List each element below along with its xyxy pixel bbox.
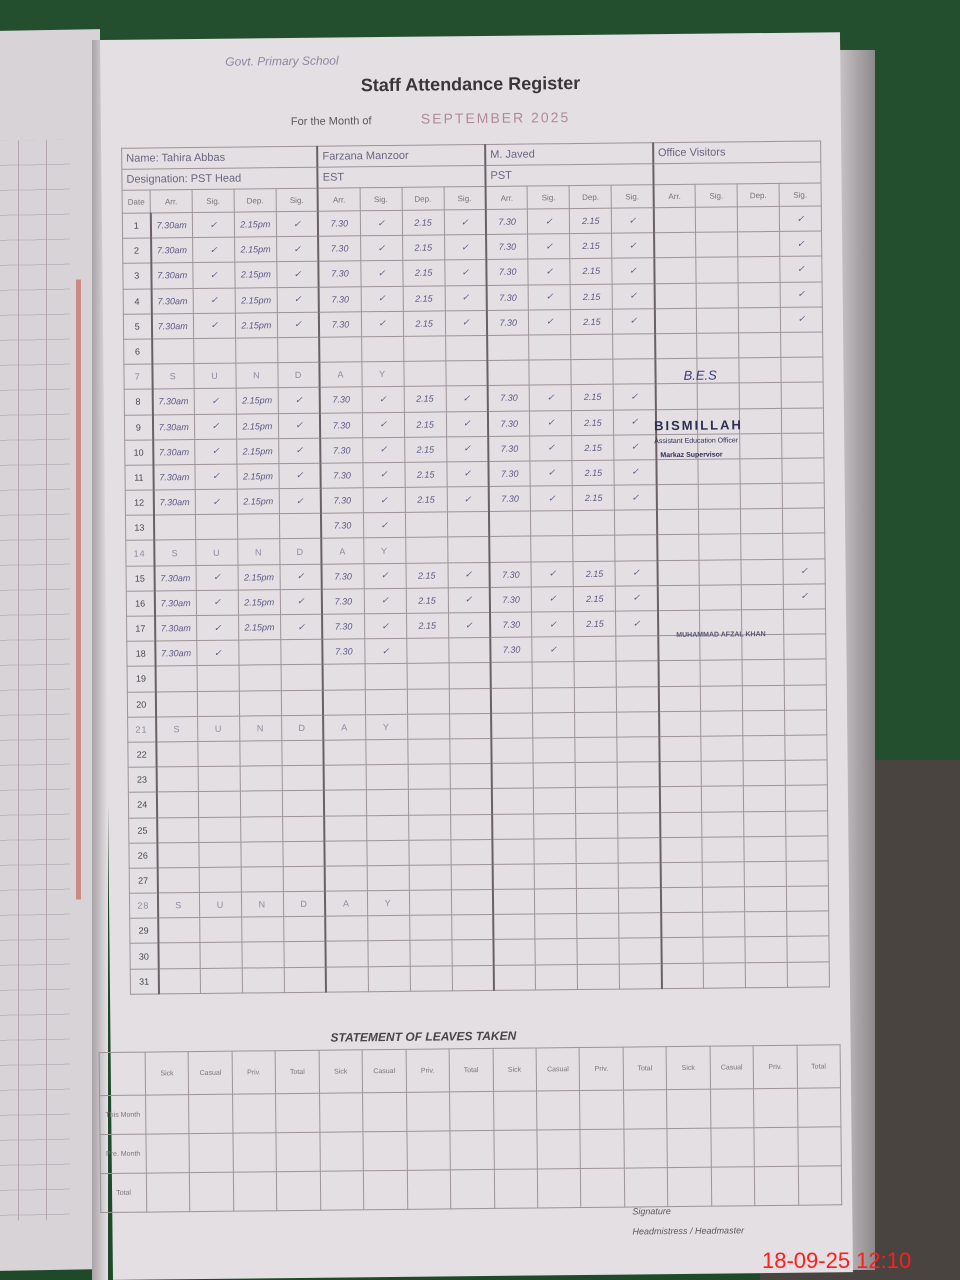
attendance-cell: 2.15 <box>404 386 446 412</box>
attendance-cell <box>657 535 699 561</box>
header-arrival: Arr. <box>653 184 695 207</box>
attendance-cell <box>613 359 655 385</box>
attendance-cell <box>409 865 451 891</box>
attendance-cell: ✓ <box>612 208 654 234</box>
attendance-cell <box>198 741 240 767</box>
date-cell: 27 <box>129 868 157 893</box>
attendance-cell <box>701 761 743 787</box>
attendance-cell: 2.15pm <box>235 287 277 313</box>
attendance-cell <box>741 509 783 535</box>
attendance-cell: 7.30 <box>486 209 528 235</box>
attendance-cell <box>445 361 487 387</box>
attendance-cell <box>200 917 242 943</box>
attendance-cell <box>739 383 781 409</box>
attendance-cell <box>410 965 452 991</box>
attendance-cell <box>619 888 661 914</box>
attendance-cell: ✓ <box>280 589 322 615</box>
attendance-cell: ✓ <box>613 384 655 410</box>
leaves-cell <box>710 1089 754 1128</box>
attendance-cell <box>409 915 451 941</box>
attendance-cell <box>409 890 451 916</box>
page-title: Staff Attendance Register <box>270 72 670 97</box>
leaves-cell <box>537 1130 581 1169</box>
attendance-cell <box>532 662 574 688</box>
attendance-cell: ✓ <box>530 435 572 461</box>
attendance-cell <box>661 887 703 913</box>
attendance-cell <box>575 712 617 738</box>
attendance-cell <box>277 337 319 363</box>
attendance-cell <box>452 965 494 991</box>
attendance-cell <box>656 459 698 485</box>
previous-page-line <box>18 141 19 1221</box>
attendance-cell <box>535 889 577 915</box>
attendance-cell <box>574 662 616 688</box>
attendance-cell <box>702 786 744 812</box>
attendance-table: Name: Tahira Abbas Farzana Manzoor M. Ja… <box>121 140 830 994</box>
attendance-cell: 7.30 <box>487 285 529 311</box>
leaves-header: Casual <box>189 1051 233 1094</box>
attendance-cell <box>241 816 283 842</box>
attendance-cell <box>742 660 784 686</box>
attendance-cell <box>699 534 741 560</box>
attendance-cell <box>615 510 657 536</box>
attendance-cell: ✓ <box>364 639 406 665</box>
leaves-cell <box>190 1172 234 1211</box>
leaves-cell <box>580 1129 624 1168</box>
attendance-cell <box>324 815 366 841</box>
attendance-cell: 2.15 <box>406 563 448 589</box>
date-cell: 24 <box>128 792 156 817</box>
leaves-cell <box>189 1133 233 1172</box>
staff-name: M. Javed <box>485 143 653 166</box>
attendance-cell: 7.30am <box>152 414 194 440</box>
attendance-cell <box>703 962 745 988</box>
leaves-cell <box>754 1088 798 1127</box>
attendance-cell: Y <box>367 890 409 916</box>
staff-designation: Designation: PST Head <box>122 167 318 190</box>
attendance-cell <box>407 739 449 765</box>
leaves-cell <box>624 1129 668 1168</box>
attendance-cell <box>660 787 702 813</box>
attendance-cell <box>783 508 825 534</box>
attendance-cell: 7.30 <box>320 387 362 413</box>
attendance-cell: ✓ <box>361 286 403 312</box>
attendance-cell <box>697 308 739 334</box>
attendance-cell: 2.15pm <box>236 388 278 414</box>
attendance-cell <box>745 912 787 938</box>
attendance-cell <box>654 232 696 258</box>
attendance-cell <box>408 764 450 790</box>
attendance-cell <box>279 513 321 539</box>
attendance-cell <box>155 691 197 717</box>
attendance-cell <box>240 741 282 767</box>
attendance-cell <box>782 458 824 484</box>
date-cell: 5 <box>123 314 151 339</box>
attendance-cell <box>576 838 618 864</box>
header-arrival: Arr. <box>150 190 192 213</box>
leaves-cell <box>493 1091 537 1130</box>
attendance-cell <box>655 333 697 359</box>
attendance-cell: 2.15 <box>404 437 446 463</box>
attendance-cell: ✓ <box>194 388 236 414</box>
attendance-cell <box>200 968 242 994</box>
attendance-cell <box>367 865 409 891</box>
attendance-cell <box>491 688 533 714</box>
attendance-cell <box>283 866 325 892</box>
attendance-cell: 2.15 <box>403 311 445 337</box>
date-cell: 22 <box>128 742 156 767</box>
staff-name: Farzana Manzoor <box>317 144 485 167</box>
leaves-header: Priv. <box>753 1045 797 1088</box>
attendance-cell <box>703 937 745 963</box>
leaves-cell <box>233 1133 277 1172</box>
attendance-cell: 2.15pm <box>237 489 279 515</box>
attendance-cell: 7.30am <box>150 213 192 239</box>
attendance-cell <box>197 691 239 717</box>
leaves-row-label: This Month <box>100 1095 146 1134</box>
date-cell: 28 <box>129 893 157 918</box>
attendance-cell: 7.30 <box>488 461 530 487</box>
attendance-cell <box>487 360 529 386</box>
attendance-cell: 2.15 <box>572 384 614 410</box>
attendance-cell <box>743 786 785 812</box>
attendance-cell <box>781 332 823 358</box>
attendance-cell <box>656 484 698 510</box>
attendance-cell <box>493 864 535 890</box>
attendance-cell <box>368 966 410 992</box>
header-signature: Sig. <box>360 187 402 210</box>
attendance-cell: A <box>320 362 362 388</box>
leaves-cell <box>623 1090 667 1129</box>
attendance-cell: 7.30 <box>488 436 530 462</box>
attendance-cell <box>491 662 533 688</box>
attendance-cell <box>237 514 279 540</box>
attendance-cell <box>367 916 409 942</box>
leaves-header: Total <box>449 1048 493 1091</box>
attendance-cell: 7.30 <box>318 236 360 262</box>
attendance-cell: ✓ <box>530 410 572 436</box>
attendance-cell <box>492 763 534 789</box>
attendance-cell <box>781 407 823 433</box>
attendance-cell <box>655 384 697 410</box>
attendance-cell <box>618 837 660 863</box>
attendance-cell: ✓ <box>363 487 405 513</box>
leaves-cell <box>667 1089 711 1128</box>
attendance-cell: ✓ <box>279 463 321 489</box>
attendance-cell <box>449 738 491 764</box>
attendance-cell: 2.15pm <box>234 237 276 263</box>
officer-stamp-line: Markaz Supervisor <box>660 452 722 460</box>
attendance-cell: 2.15 <box>402 235 444 261</box>
header-signature: Sig. <box>695 184 737 207</box>
attendance-cell <box>406 638 448 664</box>
attendance-cell <box>242 942 284 968</box>
previous-page <box>0 29 100 1271</box>
attendance-cell: ✓ <box>614 434 656 460</box>
attendance-cell <box>787 962 829 988</box>
attendance-cell: 7.30 <box>320 437 362 463</box>
attendance-cell <box>701 711 743 737</box>
attendance-cell <box>617 686 659 712</box>
leaves-header: Sick <box>666 1046 710 1089</box>
second-stamp: MUHAMMAD AFZAL KHAN <box>676 631 766 639</box>
staff-designation: EST <box>318 165 486 188</box>
attendance-cell <box>654 283 696 309</box>
attendance-cell <box>695 207 737 233</box>
attendance-cell <box>323 689 365 715</box>
header-signature: Sig. <box>192 189 234 212</box>
attendance-cell: A <box>325 891 367 917</box>
attendance-cell: 2.15 <box>405 462 447 488</box>
attendance-cell <box>487 335 529 361</box>
leaves-header: Total <box>275 1050 319 1093</box>
attendance-cell <box>403 336 445 362</box>
attendance-cell <box>239 640 281 666</box>
date-cell: 31 <box>130 969 158 994</box>
attendance-cell <box>198 791 240 817</box>
leaves-header: Sick <box>493 1048 537 1091</box>
attendance-cell: ✓ <box>193 237 235 263</box>
leaves-cell <box>319 1093 363 1132</box>
attendance-cell: ✓ <box>360 236 402 262</box>
header-date: Date <box>122 190 150 213</box>
attendance-cell: ✓ <box>528 234 570 260</box>
attendance-cell <box>782 483 824 509</box>
attendance-cell: ✓ <box>278 438 320 464</box>
attendance-cell <box>577 939 619 965</box>
attendance-cell: ✓ <box>196 615 238 641</box>
header-signature: Sig. <box>611 185 653 208</box>
attendance-cell: ✓ <box>445 310 487 336</box>
attendance-cell <box>319 337 361 363</box>
header-arrival: Arr. <box>486 186 528 209</box>
attendance-cell <box>239 665 281 691</box>
attendance-cell <box>743 710 785 736</box>
attendance-cell <box>493 889 535 915</box>
header-signature: Sig. <box>527 186 569 209</box>
staff-name: Name: Tahira Abbas <box>122 146 318 169</box>
attendance-cell <box>493 914 535 940</box>
attendance-cell: S <box>157 893 199 919</box>
attendance-cell: A <box>323 715 365 741</box>
attendance-cell <box>282 740 324 766</box>
attendance-cell <box>404 361 446 387</box>
attendance-cell <box>744 861 786 887</box>
attendance-cell: ✓ <box>193 288 235 314</box>
attendance-cell <box>698 484 740 510</box>
attendance-cell: ✓ <box>447 487 489 513</box>
attendance-cell <box>744 836 786 862</box>
attendance-cell: 7.30am <box>152 389 194 415</box>
attendance-cell: U <box>194 363 236 389</box>
attendance-cell <box>533 687 575 713</box>
attendance-cell: 2.15 <box>571 309 613 335</box>
attendance-cell <box>449 663 491 689</box>
attendance-cell: ✓ <box>530 460 572 486</box>
attendance-cell: 7.30 <box>489 486 531 512</box>
attendance-cell <box>451 915 493 941</box>
header-signature: Sig. <box>779 183 821 206</box>
attendance-cell: 2.15 <box>572 460 614 486</box>
attendance-cell <box>410 940 452 966</box>
attendance-cell: 7.30 <box>322 563 364 589</box>
leaves-header: Sick <box>145 1052 189 1095</box>
attendance-cell <box>366 815 408 841</box>
date-cell: 19 <box>127 666 155 691</box>
attendance-cell <box>155 666 197 692</box>
attendance-cell: ✓ <box>783 584 825 610</box>
attendance-cell: ✓ <box>446 436 488 462</box>
attendance-cell <box>153 515 195 541</box>
attendance-cell <box>366 739 408 765</box>
attendance-cell <box>447 537 489 563</box>
signature-role: Headmistress / Headmaster <box>632 1225 744 1236</box>
attendance-cell <box>282 765 324 791</box>
attendance-cell <box>409 840 451 866</box>
attendance-cell <box>787 911 829 937</box>
attendance-cell <box>451 889 493 915</box>
attendance-cell <box>489 536 531 562</box>
attendance-cell <box>281 665 323 691</box>
attendance-cell <box>745 886 787 912</box>
attendance-cell <box>533 737 575 763</box>
date-cell: 16 <box>126 591 154 616</box>
attendance-cell: 2.15pm <box>236 413 278 439</box>
leaves-header: Priv. <box>232 1051 276 1094</box>
attendance-cell <box>738 307 780 333</box>
attendance-cell <box>785 760 827 786</box>
date-cell: 17 <box>127 616 155 641</box>
attendance-cell <box>281 639 323 665</box>
header-departure: Dep. <box>569 185 611 208</box>
attendance-cell <box>738 232 780 258</box>
attendance-cell <box>782 433 824 459</box>
attendance-cell <box>449 713 491 739</box>
attendance-cell <box>449 688 491 714</box>
attendance-cell <box>241 841 283 867</box>
attendance-cell <box>700 660 742 686</box>
attendance-cell: ✓ <box>780 282 822 308</box>
attendance-cell: ✓ <box>529 309 571 335</box>
attendance-cell: N <box>236 363 278 389</box>
attendance-cell <box>781 357 823 383</box>
leaves-cell <box>493 1130 537 1169</box>
attendance-cell: 7.30 <box>488 385 530 411</box>
attendance-cell <box>659 736 701 762</box>
attendance-cell: ✓ <box>780 307 822 333</box>
attendance-cell <box>445 335 487 361</box>
month-label: For the Month of <box>291 115 372 128</box>
attendance-cell: N <box>238 539 280 565</box>
attendance-cell: ✓ <box>363 513 405 539</box>
attendance-cell: ✓ <box>612 283 654 309</box>
attendance-cell: Y <box>363 538 405 564</box>
handwritten-header: Govt. Primary School <box>225 54 339 69</box>
attendance-cell: 7.30am <box>151 313 193 339</box>
attendance-cell: ✓ <box>192 212 234 238</box>
attendance-cell <box>366 790 408 816</box>
attendance-cell: ✓ <box>277 262 319 288</box>
attendance-cell <box>493 939 535 965</box>
leaves-header-row: SickCasualPriv.TotalSickCasualPriv.Total… <box>99 1045 840 1096</box>
attendance-cell <box>740 408 782 434</box>
officer-stamp-line: Assistant Education Officer <box>654 437 738 445</box>
attendance-cell: 2.15 <box>570 284 612 310</box>
attendance-cell <box>324 765 366 791</box>
attendance-cell <box>239 690 281 716</box>
attendance-cell <box>152 338 194 364</box>
attendance-cell <box>659 711 701 737</box>
attendance-cell <box>492 813 534 839</box>
attendance-cell <box>195 514 237 540</box>
attendance-cell: 2.15pm <box>235 262 277 288</box>
attendance-cell <box>157 867 199 893</box>
attendance-cell <box>407 688 449 714</box>
attendance-cell <box>617 737 659 763</box>
attendance-cell: ✓ <box>780 231 822 257</box>
attendance-cell <box>613 334 655 360</box>
leaves-cell <box>363 1092 407 1131</box>
leaves-cell <box>232 1094 276 1133</box>
attendance-cell <box>284 942 326 968</box>
attendance-cell <box>242 967 284 993</box>
attendance-cell <box>737 206 779 232</box>
attendance-cell: ✓ <box>276 236 318 262</box>
attendance-cell: 7.30am <box>151 263 193 289</box>
attendance-cell: U <box>198 716 240 742</box>
attendance-cell <box>696 232 738 258</box>
attendance-cell: ✓ <box>530 385 572 411</box>
attendance-cell: S <box>152 364 194 390</box>
attendance-cell: ✓ <box>448 612 490 638</box>
attendance-cell: ✓ <box>193 262 235 288</box>
leaves-cell <box>146 1095 190 1134</box>
attendance-cell: 7.30am <box>153 464 195 490</box>
attendance-cell <box>740 433 782 459</box>
leaves-cell <box>754 1166 798 1205</box>
attendance-cell: ✓ <box>615 485 657 511</box>
leaves-cell <box>580 1090 624 1129</box>
attendance-cell <box>702 862 744 888</box>
attendance-cell: ✓ <box>276 211 318 237</box>
attendance-cell: 2.15pm <box>238 615 280 641</box>
attendance-cell <box>657 560 699 586</box>
attendance-cell <box>657 585 699 611</box>
attendance-cell: A <box>321 538 363 564</box>
attendance-cell <box>618 812 660 838</box>
attendance-cell <box>282 791 324 817</box>
attendance-cell <box>489 511 531 537</box>
attendance-cell: ✓ <box>364 613 406 639</box>
attendance-cell: ✓ <box>195 439 237 465</box>
attendance-cell <box>529 360 571 386</box>
attendance-cell: ✓ <box>362 437 404 463</box>
attendance-cell <box>451 864 493 890</box>
attendance-cell <box>324 740 366 766</box>
leaves-cell <box>754 1127 798 1166</box>
header-signature: Sig. <box>444 186 486 209</box>
attendance-cell <box>620 963 662 989</box>
attendance-cell <box>744 811 786 837</box>
attendance-cell <box>199 842 241 868</box>
attendance-cell: 7.30 <box>490 637 532 663</box>
attendance-cell: ✓ <box>364 563 406 589</box>
attendance-cell: 7.30 <box>488 411 530 437</box>
attendance-cell: 7.30 <box>321 488 363 514</box>
header-arrival: Arr. <box>318 188 360 211</box>
attendance-cell <box>198 766 240 792</box>
attendance-cell <box>654 258 696 284</box>
